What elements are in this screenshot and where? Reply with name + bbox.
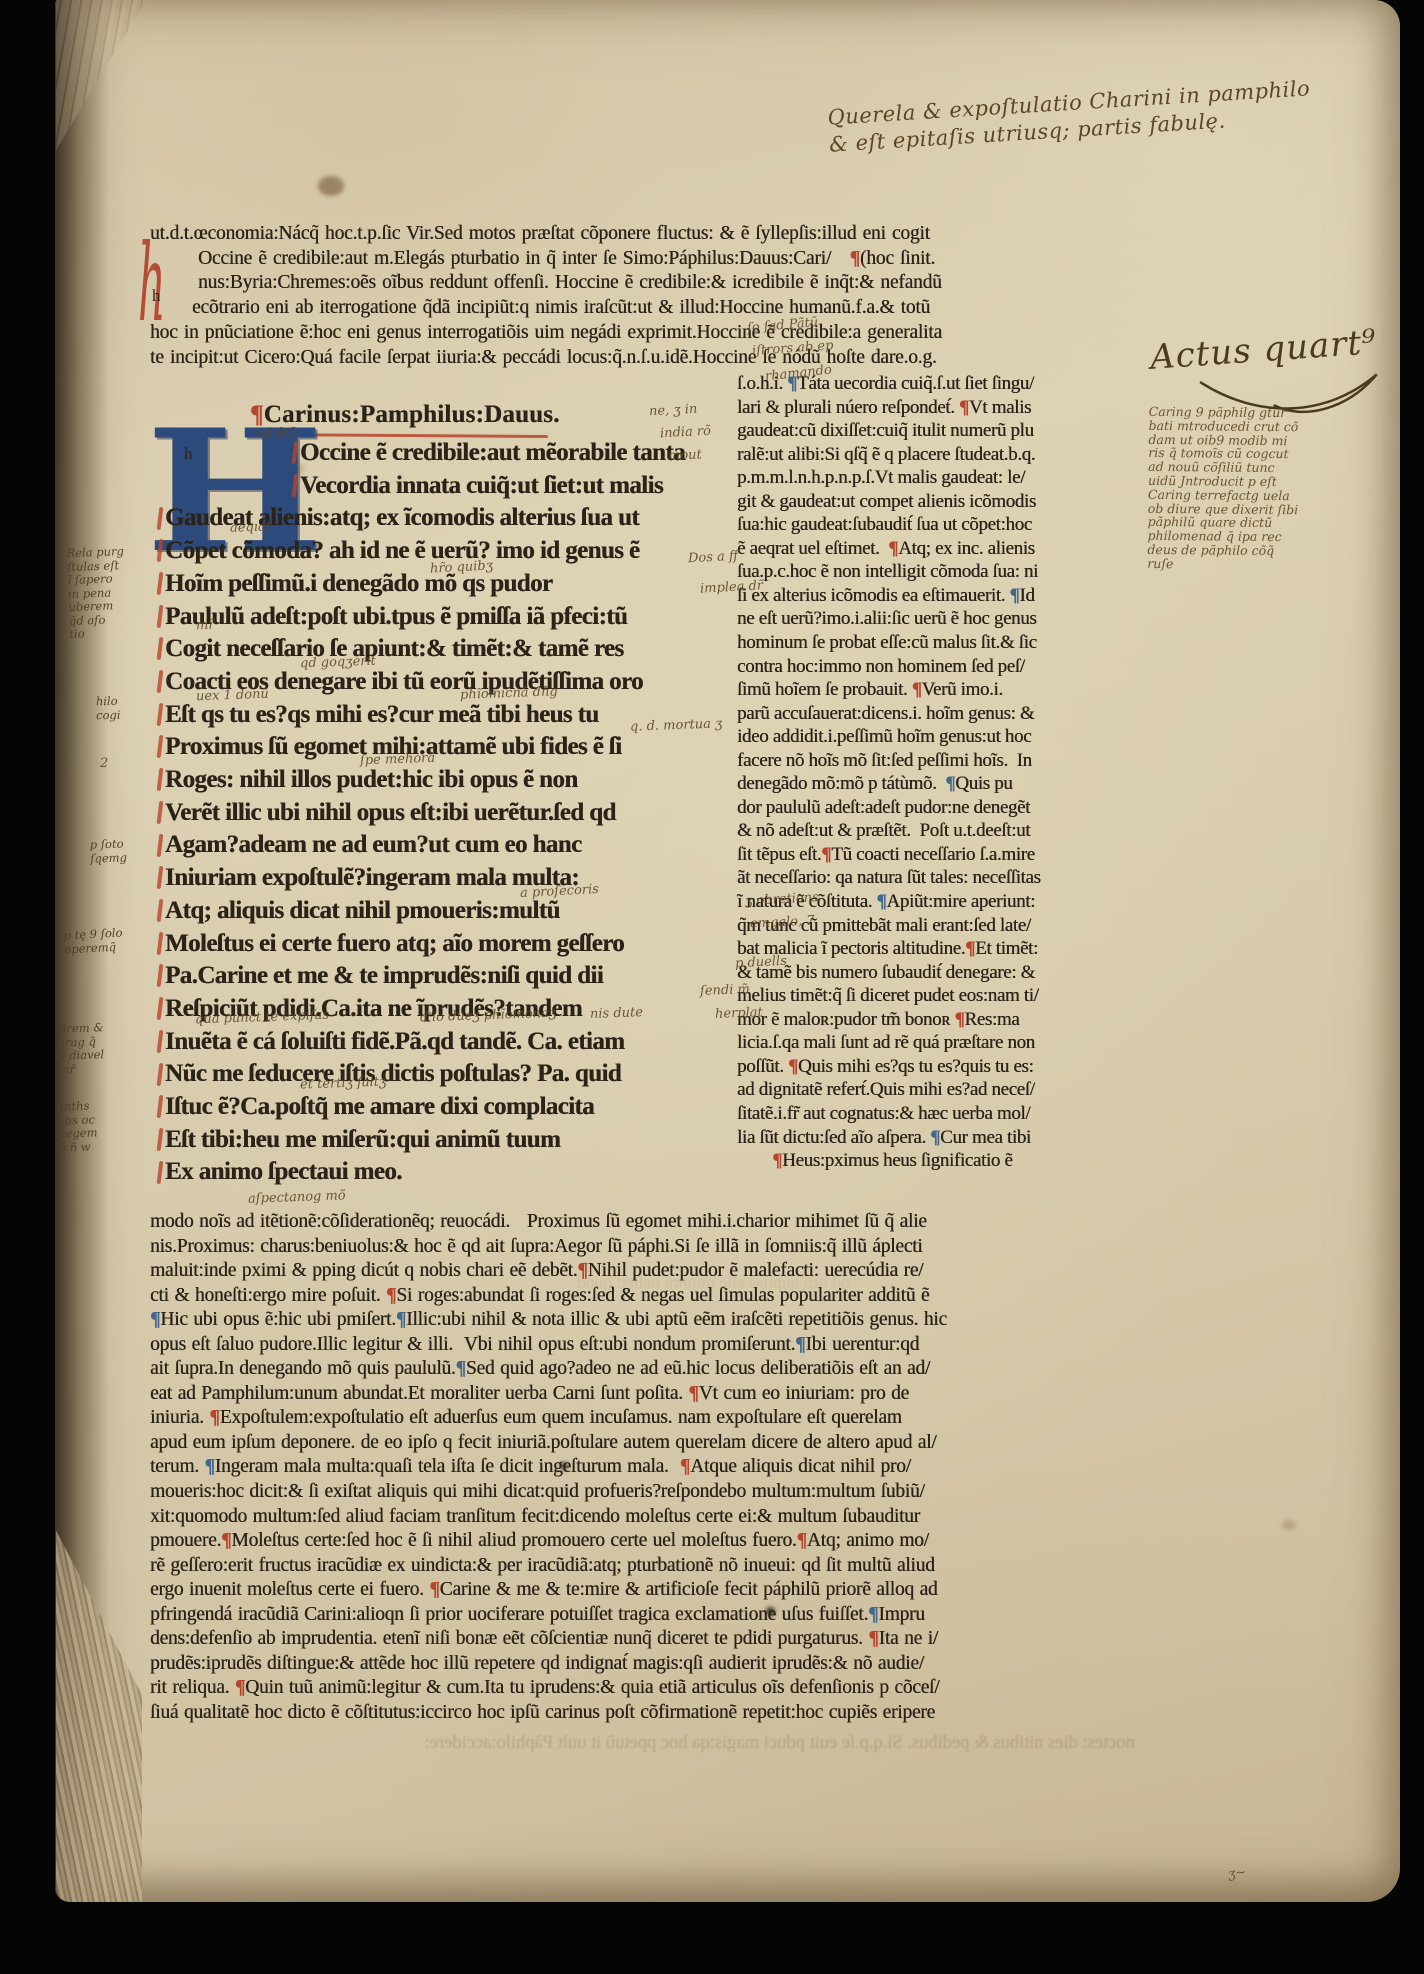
text-line: p.m.m.l.n.h.p.n.p.ſ.Vt malis gaudeat: le… (737, 466, 1139, 490)
interlinear-gloss: aeqıat (230, 519, 271, 535)
right-commentary-column: ſ.o.h.i. ¶Táta uecordia cuiq̃.ſ.ut ſiet … (737, 372, 1139, 1173)
text-line: Nũc me ſeducere iſtis dictis poſtulas? P… (165, 1058, 740, 1091)
text-line: Occine ẽ credibile:aut m.Elegás pturbati… (150, 247, 1145, 272)
text-line: rit reliqua. ¶Quin tuũ animũ:legitur & c… (150, 1676, 1145, 1701)
interlinear-gloss: nis dute (590, 1005, 643, 1022)
text-line: Roges: nihil illos pudet:hic ibi opus ẽ … (165, 764, 740, 797)
text-line: nis.Proximus: charus:beniuolus:& hoc ẽ q… (150, 1235, 1145, 1260)
text-line: deus de pãphilo cõq̃ (1147, 543, 1397, 559)
text-line: ſiuá qualitatẽ hoc dicto ẽ cõſtitutus:ic… (150, 1701, 1145, 1726)
text-line: te incipit:ut Cicero:Quá facile ſerpat i… (150, 346, 1145, 371)
text-line: Vecordia innata cuiq̃:ut ſiet:ut malis (165, 470, 740, 503)
rubricated-capital: G (165, 504, 184, 531)
rubricated-capital: I (165, 1028, 174, 1055)
pilcrow-red: ¶ (680, 1456, 690, 1477)
rubricated-capital: E (165, 701, 181, 728)
stain (1282, 1520, 1296, 1530)
text-line: rẽ geſſero:erit fructus iracũdiæ ex uind… (150, 1554, 1145, 1579)
intro-commentary-block: ut.d.t.œconomia:Nácq̃ hoc.t.p.ſic Vir.Se… (150, 222, 1145, 370)
text-line: licia.ſ.qa mali ſunt ad rẽ quá præſtare … (737, 1031, 1139, 1055)
text-line: nus:Byria:Chremes:oẽs oĩbus reddunt offe… (150, 271, 1145, 296)
text-line: xit:quomodo multum:ſed aliud faciam tran… (150, 1505, 1145, 1530)
rubricated-capital: P (165, 733, 180, 760)
gloss-line: cogi (96, 708, 121, 722)
interlinear-gloss: india rõ (660, 424, 712, 442)
text-line: denegãdo mõ:mõ p tátùmõ. ¶Quis pu (737, 772, 1139, 796)
rubricated-capital: V (165, 799, 180, 826)
show-through-line: od ſtrñ nuptias eſſe minimi uellet: quod (330, 1272, 850, 1293)
rubricated-capital: C (165, 668, 182, 695)
text-line: ad dignitatẽ refert́.Quis mihi es?ad nec… (737, 1078, 1139, 1102)
pilcrow-red: ¶ (888, 538, 898, 559)
margin-gloss-cluster: anthsabs ocnegemq̃ ñ w (57, 1099, 98, 1154)
text-line: hominum ſe probat eſſe:cũ malus ſit.& ſi… (737, 631, 1139, 655)
text-line: ſua:hic gaudeat:ſubaudit́ ſua ut cõpet:h… (737, 513, 1139, 537)
pilcrow-blue: ¶ (868, 1604, 878, 1625)
text-line: Agam?adeam ne ad eum?ut cum eo hanc (165, 829, 740, 862)
interlinear-gloss: Dos a ff (688, 549, 739, 567)
red-pen-initial-h: h (138, 232, 166, 337)
gloss-line: negem (58, 1126, 98, 1141)
text-line: Pa.Carine et me & te imprudẽs:niſi quid … (165, 960, 740, 993)
margin-gloss-cluster: Grem &brag q̃9 diavelmr̃ (57, 1021, 105, 1077)
book-photo: Querela & expoſtulatio Charini in pamphi… (0, 0, 1424, 1974)
interlinear-gloss: uex 1 donũ (196, 687, 269, 705)
text-line: Iniuriam expoſtulẽ?ingeram mala multa: (165, 862, 740, 895)
gloss-line: q̃ ñ w (58, 1140, 98, 1155)
rubricated-capital: P (165, 603, 180, 630)
pilcrow-red: ¶ (912, 679, 922, 700)
margin-gloss-cluster: hilocogi (96, 695, 121, 722)
pilcrow-blue: ¶ (877, 891, 887, 912)
text-line: Verẽt illic ubi nihil opus eſt:ibi uerẽt… (165, 797, 740, 830)
text-line: lia ſũt dictu:ſed aĩo aſpera. ¶Cur mea t… (737, 1126, 1139, 1150)
text-line: ſi ex alterius icõmodis ea eſtimauerit. … (737, 584, 1139, 608)
rubricated-capital: P (165, 962, 180, 989)
text-line: dens:defenſio ab imprudentia. etenĩ niſi… (150, 1627, 1145, 1652)
text-line: Proximus ſũ egomet mihi:attamẽ ubi fides… (165, 731, 740, 764)
interlinear-gloss: mout (668, 447, 702, 463)
rubricated-capital: C (165, 635, 182, 662)
text-line: Iſtuc ẽ?Ca.poſtq̃ me amare dixi complaci… (165, 1091, 740, 1124)
gloss-line: ſqemg (90, 851, 127, 866)
pilcrow-red: ¶ (868, 1628, 878, 1649)
pilcrow-red: ¶ (221, 1530, 231, 1551)
guide-letter-h: h (152, 286, 161, 306)
text-line: parũ accuſauerat:dicens.i. hoĩm genus: & (737, 702, 1139, 726)
text-line: opus eſt ſaluo pudore.Illic legitur & il… (150, 1333, 1145, 1358)
interlinear-gloss: p duells (735, 954, 788, 972)
text-line: gaudeat:cũ dixiſſet:cuiq̃ itulit numerũ … (737, 419, 1139, 443)
pilcrow-red: ¶ (209, 1407, 219, 1428)
text-line: Ex animo ſpectaui meo. (165, 1156, 740, 1189)
text-line: Inuẽta ẽ cá ſoluiſti fidẽ.Pã.qd tandẽ. C… (165, 1026, 740, 1059)
pilcrow-red: ¶ (850, 248, 860, 269)
stain (318, 176, 344, 196)
pilcrow-red: ¶ (821, 844, 831, 865)
text-line: Atq; aliquis dicat nihil pmoueris:multũ (165, 895, 740, 928)
text-line: facere nõ hoĩs mõ ſit:ſed peſſimi hoĩs. … (737, 749, 1139, 773)
margin-gloss-cluster: Rela purgſtulas eſtĩ ſaperoin penauberem… (66, 545, 127, 641)
text-line: ſimũ hoĩem ſe probauit. ¶Verũ imo.i. (737, 678, 1139, 702)
text-line: bat malicia ĩ pectoris altitudine.¶Et ti… (737, 937, 1139, 961)
text-line: modo noĩs ad itẽtionẽ:cõſiderationẽq; re… (150, 1210, 1145, 1235)
rubricated-capital: O (300, 439, 319, 466)
text-line: terum. ¶Ingeram mala multa:quaſi tela iſ… (150, 1455, 1145, 1480)
pilcrow-blue: ¶ (795, 1334, 805, 1355)
text-line: lari & plurali núero reſpondet́. ¶Vt mal… (737, 396, 1139, 420)
text-line: ¶Hic ubi opus ẽ:hic ubi pmiſert.¶Illic:u… (150, 1308, 1145, 1333)
text-line: Eſt tibi:heu me miſerũ:qui animũ tuum (165, 1124, 740, 1157)
interlinear-gloss: qd goqʒerit (300, 654, 376, 672)
pilcrow-blue: ¶ (204, 1456, 214, 1477)
interlinear-gloss: q. d. mortua ʒ (630, 716, 723, 734)
text-line: ne eſt uerũ?imo.i.alii:ſic uerũ ẽ hoc ge… (737, 607, 1139, 631)
text-line: ¶Heus:pximus heus ſignificatio ẽ (737, 1149, 1139, 1173)
verse-text-block: Occine ẽ credibile:aut mẽorabile tantaVe… (165, 437, 740, 1189)
pilcrow-red: ¶ (772, 1150, 782, 1171)
text-line: ut.d.t.œconomia:Nácq̃ hoc.t.p.ſic Vir.Se… (150, 222, 1145, 247)
rubricated-capital: A (165, 831, 182, 858)
rubricated-capital: H (165, 570, 184, 597)
pilcrow-red: ¶ (797, 1530, 807, 1551)
text-line: melius timẽt:q̃ ſi diceret pudet eos:nam… (737, 984, 1139, 1008)
interlinear-gloss: herplat (715, 1005, 763, 1022)
gloss-line: hilo (96, 695, 121, 709)
text-line: Cogit neceſſario ſe apiunt:& timẽt:& tam… (165, 633, 740, 666)
pilcrow-blue: ¶ (930, 1127, 940, 1148)
interlinear-gloss: ſendi m̃ (700, 982, 750, 999)
text-line: prudẽs:iprudẽs diſtingue:& attẽde hoc il… (150, 1652, 1145, 1677)
text-line: ſua.p.c.hoc ẽ non intelligit cõmoda ſua:… (737, 560, 1139, 584)
text-line: iniuria. ¶Expoſtulem:expoſtulatio eſt ad… (150, 1406, 1145, 1431)
text-line: moueris:hoc dicit:& ſi exiſtat aliquis q… (150, 1480, 1145, 1505)
pilcrow-red: ¶ (788, 1056, 798, 1077)
text-line: pmouere.¶Moleſtus certe:ſed hoc ẽ ſi nih… (150, 1529, 1145, 1554)
gloss-line: 9 diavel (58, 1048, 105, 1063)
rubricated-capital: R (165, 766, 182, 793)
pilcrow-red: ¶ (959, 397, 969, 418)
text-line: apud eum ipſum deponere. de eo ipſo q fe… (150, 1431, 1145, 1456)
rubricated-capital: R (165, 995, 182, 1022)
interlinear-gloss: et tertiʒ ſaltʒ (300, 1074, 387, 1092)
pilcrow-red: ¶ (429, 1579, 439, 1600)
text-line: contra hoc:immo non hominem ſed peſ/ (737, 655, 1139, 679)
margin-gloss-cluster: p ſotoſqemg (90, 837, 128, 865)
text-line: mor ẽ maloʀ:pudor tm̃ bonoʀ ¶Res:ma (737, 1008, 1139, 1032)
margin-gloss-cluster: p tę 9 ſolooperemq̃ (63, 926, 123, 956)
text-line: pfringendá iracũdiã Carini:alioqn ſi pri… (150, 1603, 1145, 1628)
text-line: Paululũ adeſt:poſt ubi.tpus ẽ pmiſſa iã … (165, 601, 740, 634)
interlinear-gloss: nõ ſe2 (256, 425, 298, 441)
pilcrow-red: ¶ (688, 1383, 698, 1404)
text-line: ſit tẽpus eſt.¶Tũ coacti neceſſario ſ.a.… (737, 843, 1139, 867)
text-line: Occine ẽ credibile:aut mẽorabile tanta (165, 437, 740, 470)
rubricated-capital: I (165, 864, 174, 891)
rubricated-capital: N (165, 1060, 182, 1087)
gloss-line: mr̃ (58, 1062, 105, 1077)
ink-offset-ghost-line: noctes: dies nitibus & pedibus. Si.q.p.ſ… (160, 1732, 1135, 1754)
pilcrow-blue: ¶ (945, 773, 955, 794)
text-line: ãt neceſſario: qa natura ſũt tales: nece… (737, 866, 1139, 890)
text-line: poſſũt. ¶Quis mihi es?qs tu es?quis tu e… (737, 1055, 1139, 1079)
text-line: ẽ aeqrat uel eſtimet. ¶Atq; ex inc. alie… (737, 537, 1139, 561)
interlinear-gloss: ſpe mehorã (360, 751, 436, 769)
rubricated-capital: A (165, 897, 182, 924)
pilcrow-red: ¶ (235, 1677, 245, 1698)
rubricated-capital: M (165, 930, 188, 957)
text-line: Moleſtus ei certe fuero atq; aĩo morem g… (165, 928, 740, 961)
interlinear-gloss: mr̃ (196, 618, 215, 634)
interlinear-gloss: 2 (100, 756, 108, 771)
rubricated-capital: E (165, 1158, 181, 1185)
pilcrow-blue: ¶ (456, 1358, 466, 1379)
interlinear-gloss: ʒ~ (1227, 1865, 1247, 1882)
text-line: & nõ adeſt:ut & præſtẽt. Poſt u.t.deeſt:… (737, 819, 1139, 843)
text-line: git & gaudeat:ut compet alienis icõmodis (737, 490, 1139, 514)
text-line: & tamẽ bis numero ſubaudit́ denegare: & (737, 961, 1139, 985)
pilcrow-blue: ¶ (1010, 585, 1020, 606)
rubricated-capital: E (165, 1126, 181, 1153)
gloss-line: tio (69, 626, 127, 641)
text-line: eat ad Pamphilum:unum abundat.Et moralit… (150, 1382, 1145, 1407)
pilcrow-red: ¶ (955, 1009, 965, 1030)
text-line: ruſe (1147, 557, 1397, 573)
text-line: ideo addidit.i.peſſimũ hoĩm genus:ut hoc (737, 725, 1139, 749)
pilcrow-blue: ¶ (396, 1309, 406, 1330)
text-line: ait ſupra.In denegando mõ quis paululũ.¶… (150, 1357, 1145, 1382)
pilcrow-blue: ¶ (150, 1309, 160, 1330)
text-line: ergo inuenit moleſtus certe ei fuero. ¶C… (150, 1578, 1145, 1603)
text-line: ralẽ:ut alibi:Si qſq̃ ẽ q placere ſtudea… (737, 443, 1139, 467)
rubricated-capital: C (165, 537, 182, 564)
text-line: ecõtrario eni ab iterrogatione q̃dã inci… (150, 296, 1145, 321)
text-line: hoc in pnũciatione ẽ:hoc eni genus inter… (150, 321, 1145, 346)
rubricated-capital: I (165, 1093, 174, 1120)
text-line: dor paululũ adeſt:adeſt pudor:ne denegẽt (737, 796, 1139, 820)
rubricated-capital: V (300, 472, 315, 499)
interlinear-gloss: ne, ʒ in (649, 402, 698, 420)
pilcrow-red: ¶ (965, 938, 975, 959)
text-line: ſitatẽ.i.fr̃ aut cognatus:& hæc uerba mo… (737, 1102, 1139, 1126)
right-margin-gloss: Caring 9 pãphilg gturbati mtroducedi cru… (1147, 405, 1398, 573)
